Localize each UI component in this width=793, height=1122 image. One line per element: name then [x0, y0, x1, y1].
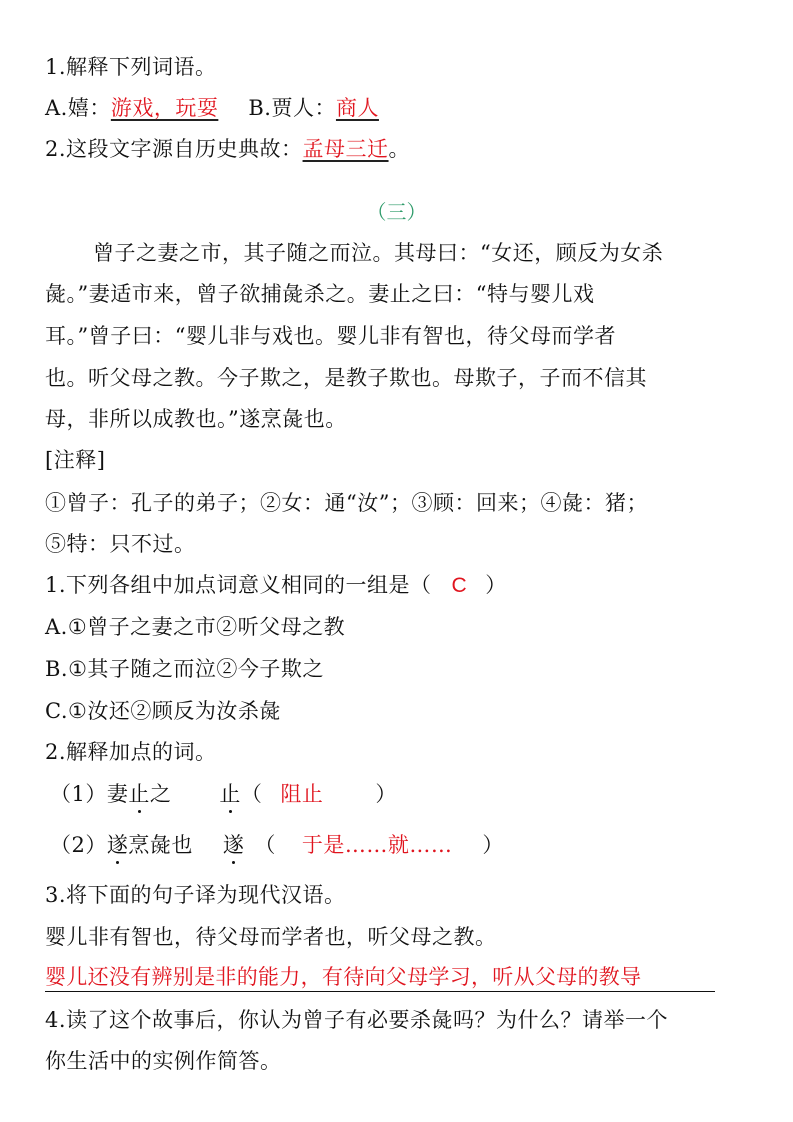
item-answer: 阻止: [280, 782, 323, 806]
option-b-answer: 商人: [336, 96, 379, 120]
translation-answer: 婴儿还没有辨别是非的能力，有待向父母学习，听从父母的教导: [45, 962, 641, 992]
q2-item-1: （1）妻止之止（阻止）: [50, 779, 397, 809]
question-prompt: 1.下列各组中加点词意义相同的一组是（: [45, 573, 432, 597]
question-prompt: 2.这段文字源自历史典故：: [45, 137, 303, 161]
option-a-label: A.嬉：: [45, 96, 111, 120]
question-2-allusion: 2.这段文字源自历史典故：孟母三迁。: [45, 134, 410, 164]
question-4-line-2: 你生活中的实例作简答。: [45, 1046, 282, 1076]
question-3-translate: 3.将下面的句子译为现代汉语。: [45, 880, 346, 910]
phrase-pre: 妻: [107, 782, 129, 806]
item-number: （1）: [50, 782, 107, 806]
note-line-2: ⑤特：只不过。: [45, 529, 196, 559]
phrase-post: 之: [150, 782, 172, 806]
option-c: C.①汝还②顾反为汝杀彘: [45, 696, 281, 726]
sentence-to-translate: 婴儿非有智也，待父母而学者也，听父母之教。: [45, 922, 497, 952]
section-title: （三）: [0, 197, 793, 227]
item-answer: 于是……就……: [302, 833, 453, 857]
passage-line-4: 也。听父母之教。今子欺之，是教子欺也。母欺子，子而不信其: [45, 363, 647, 393]
passage-line-1: 曾子之妻之市，其子随之而泣。其母曰：“女还，顾反为女杀: [93, 238, 663, 268]
question-2-explain-dotted: 2.解释加点的词。: [45, 737, 217, 767]
close-paren: ）: [485, 573, 507, 597]
passage-line-2: 彘。”妻适市来，曾子欲捕彘杀之。妻止之曰：“特与婴儿戏: [45, 279, 594, 309]
punctuation: 。: [389, 137, 411, 161]
allusion-answer: 孟母三迁: [303, 137, 389, 161]
open-paren: （: [254, 833, 276, 857]
close-paren: ）: [375, 782, 397, 806]
passage-line-5: 母，非所以成教也。”遂烹彘也。: [45, 404, 347, 434]
question-1-same-meaning: 1.下列各组中加点词意义相同的一组是（C）: [45, 570, 507, 601]
question-1-explain-words: 1.解释下列词语。: [45, 52, 217, 82]
question-1-answers: A.嬉：游戏，玩耍B.贾人：商人: [45, 93, 379, 123]
open-paren: （: [241, 782, 263, 806]
dotted-word: 遂: [223, 830, 245, 860]
option-a: A.①曾子之妻之市②听父母之教: [45, 612, 345, 642]
question-4-line-1: 4.读了这个故事后，你认为曾子有必要杀彘吗？为什么？请举一个: [45, 1005, 668, 1035]
phrase-post: 烹彘也: [128, 833, 193, 857]
item-number: （2）: [50, 833, 107, 857]
option-b: B.①其子随之而泣②今子欺之: [45, 654, 324, 684]
question-prompt: 1.解释下列词语。: [45, 55, 217, 79]
dotted-character: 遂: [107, 830, 129, 860]
option-b-label: B.贾人：: [248, 96, 336, 120]
close-paren: ）: [482, 833, 504, 857]
notes-heading: [注释]: [45, 445, 105, 475]
note-line-1: ①曾子：孔子的弟子；②女：通“汝”；③顾：回来；④彘：猪；: [45, 488, 648, 518]
q2-item-2: （2）遂烹彘也遂（于是……就……）: [50, 830, 504, 860]
option-a-answer: 游戏，玩耍: [111, 96, 219, 120]
answer-underline: [45, 991, 715, 992]
answer-choice: C: [452, 574, 468, 597]
dotted-character: 止: [128, 779, 150, 809]
passage-line-3: 耳。”曾子曰：“婴儿非与戏也。婴儿非有智也，待父母而学者: [45, 321, 616, 351]
dotted-word: 止: [219, 779, 241, 809]
